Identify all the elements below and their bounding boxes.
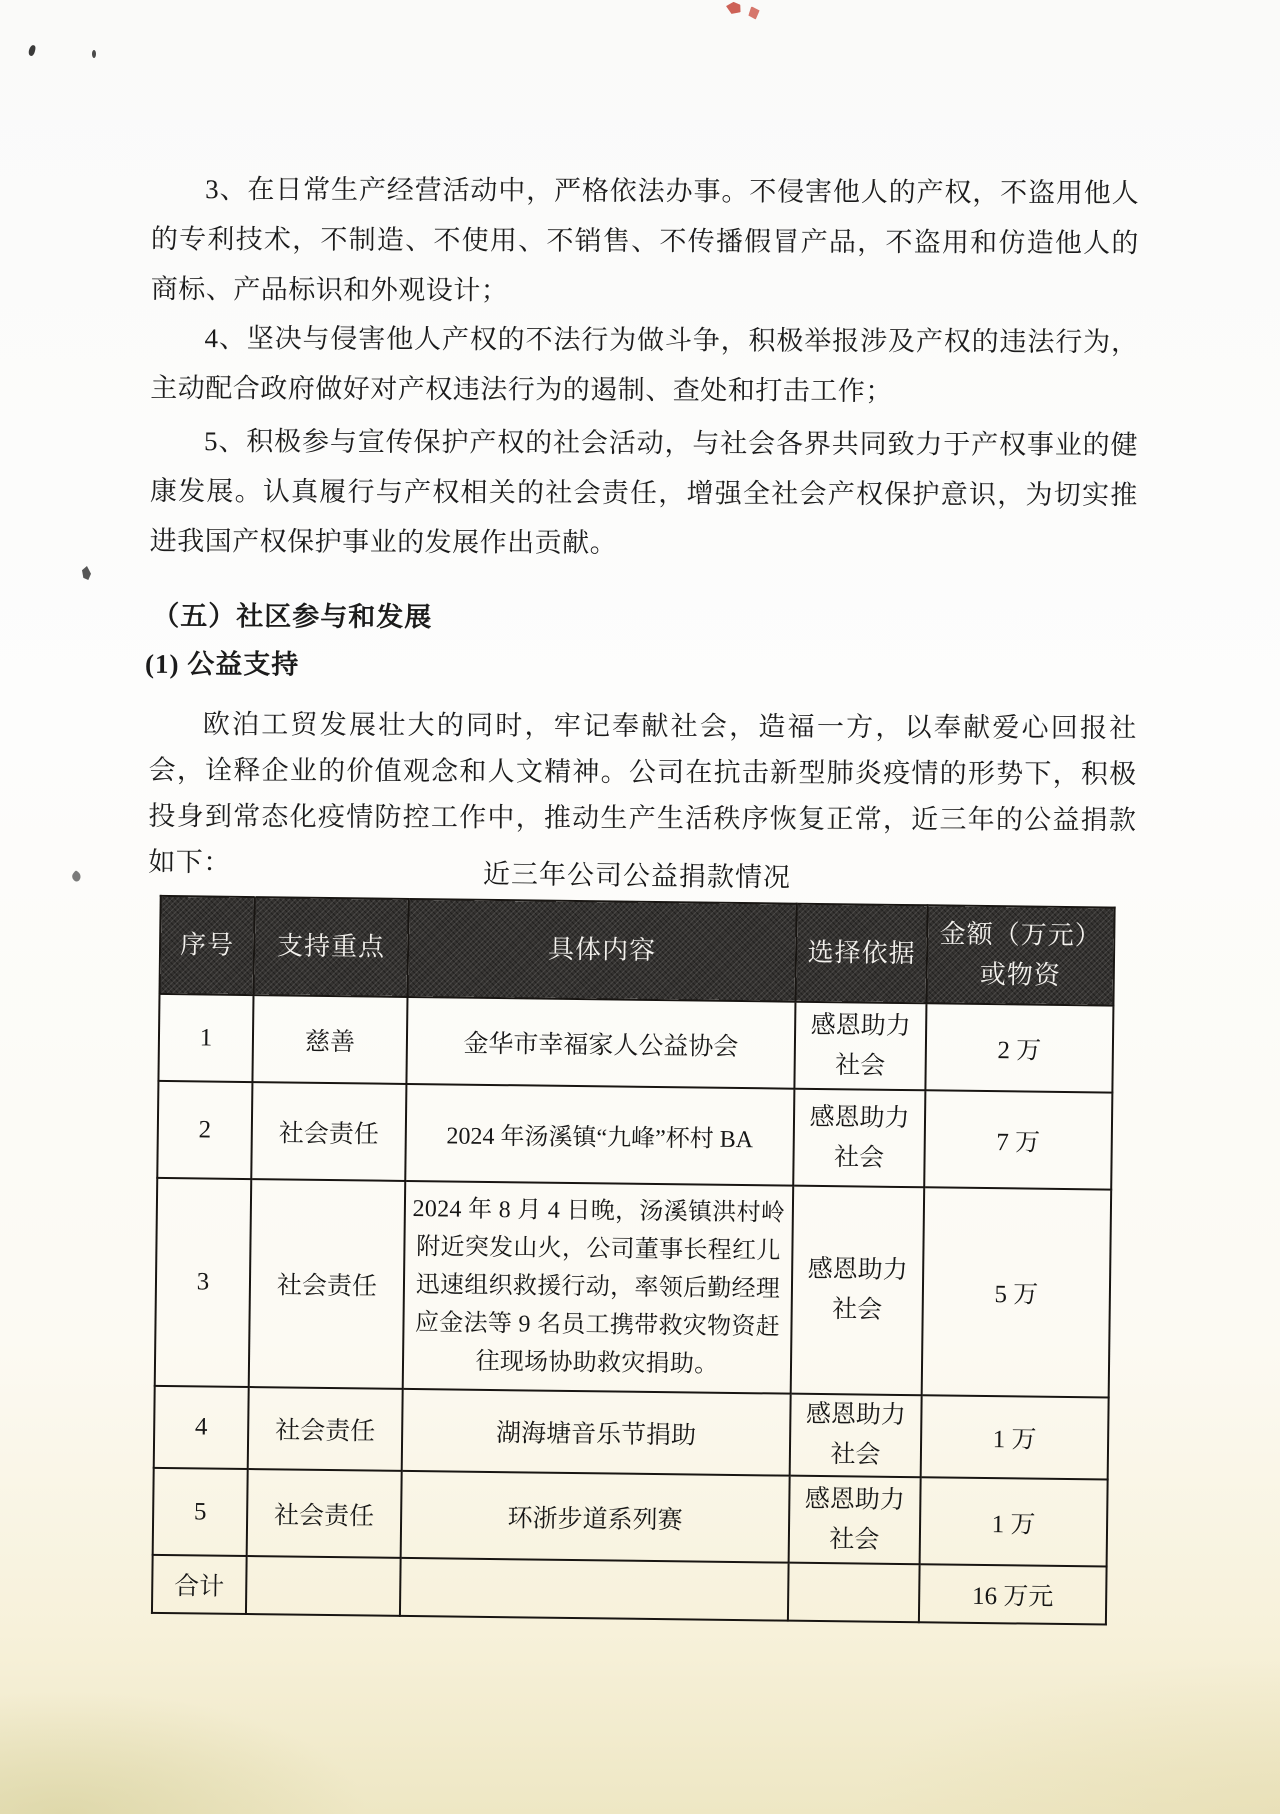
cell-empty bbox=[788, 1563, 920, 1623]
cell-detail: 2024 年 8 月 4 日晚，汤溪镇洪村岭附近突发山火，公司董事长程红儿迅速组… bbox=[403, 1181, 794, 1394]
header-amount: 金额（万元）或物资 bbox=[926, 905, 1114, 1005]
cell-detail: 湖海塘音乐节捐助 bbox=[402, 1389, 791, 1476]
paragraph-5: 5、积极参与宣传保护产权的社会活动，与社会各界共同致力于产权事业的健康发展。认真… bbox=[150, 416, 1139, 570]
cell-focus: 社会责任 bbox=[251, 1082, 406, 1181]
cell-focus: 社会责任 bbox=[248, 1387, 403, 1471]
cell-total-amount: 16 万元 bbox=[919, 1564, 1107, 1624]
table-row: 5 社会责任 环浙步道系列赛 感恩助力社会 1 万 bbox=[153, 1468, 1108, 1567]
cell-focus: 慈善 bbox=[252, 995, 407, 1084]
cell-total-label: 合计 bbox=[152, 1555, 247, 1614]
cell-amount: 2 万 bbox=[925, 1003, 1113, 1092]
paragraph-4: 4、坚决与侵害他人产权的不法行为做斗争，积极举报涉及产权的违法行为，主动配合政府… bbox=[150, 313, 1138, 417]
cell-seq: 1 bbox=[158, 994, 253, 1082]
cell-focus: 社会责任 bbox=[249, 1179, 406, 1389]
cell-amount: 1 万 bbox=[920, 1477, 1108, 1566]
header-seq: 序号 bbox=[160, 896, 255, 995]
cell-basis: 感恩助力社会 bbox=[790, 1394, 922, 1478]
header-detail: 具体内容 bbox=[407, 899, 796, 1002]
table-header-row: 序号 支持重点 具体内容 选择依据 金额（万元）或物资 bbox=[160, 896, 1115, 1006]
donation-table-zone: 近三年公司公益捐款情况 序号 支持重点 具体内容 选择依据 金额（万元）或物资 … bbox=[151, 848, 1114, 1626]
cell-seq: 2 bbox=[157, 1081, 252, 1179]
header-focus: 支持重点 bbox=[254, 897, 409, 997]
cell-amount: 1 万 bbox=[921, 1395, 1109, 1479]
sub-heading: (1) 公益支持 bbox=[145, 642, 299, 682]
cell-empty bbox=[246, 1556, 401, 1616]
cell-amount: 5 万 bbox=[922, 1187, 1112, 1397]
donation-table: 序号 支持重点 具体内容 选择依据 金额（万元）或物资 1 慈善 金华市幸福家人… bbox=[151, 895, 1116, 1626]
document-content: 3、在日常生产经营活动中，严格依法办事。不侵害他人的产权，不盗用他人的专利技术，… bbox=[0, 0, 1280, 1814]
cell-seq: 3 bbox=[155, 1178, 252, 1387]
table-total-row: 合计 16 万元 bbox=[152, 1555, 1107, 1625]
cell-basis: 感恩助力社会 bbox=[793, 1089, 925, 1188]
cell-detail: 环浙步道系列赛 bbox=[401, 1471, 790, 1563]
table-row: 4 社会责任 湖海塘音乐节捐助 感恩助力社会 1 万 bbox=[154, 1386, 1109, 1480]
table-row: 2 社会责任 2024 年汤溪镇“九峰”杯村 BA 感恩助力社会 7 万 bbox=[157, 1081, 1112, 1190]
header-basis: 选择依据 bbox=[795, 904, 927, 1004]
scanned-document-page: { "document": { "paragraphs": [ "3、在日常生产… bbox=[0, 0, 1280, 1814]
section-heading: （五）社区参与和发展 bbox=[152, 594, 432, 634]
cell-basis: 感恩助力社会 bbox=[789, 1476, 921, 1565]
cell-amount: 7 万 bbox=[924, 1090, 1112, 1189]
cell-basis: 感恩助力社会 bbox=[794, 1002, 926, 1091]
cell-focus: 社会责任 bbox=[247, 1469, 402, 1558]
table-row: 3 社会责任 2024 年 8 月 4 日晚，汤溪镇洪村岭附近突发山火，公司董事… bbox=[155, 1178, 1111, 1398]
cell-detail: 2024 年汤溪镇“九峰”杯村 BA bbox=[405, 1084, 794, 1186]
table-row: 1 慈善 金华市幸福家人公益协会 感恩助力社会 2 万 bbox=[158, 994, 1113, 1093]
cell-seq: 4 bbox=[154, 1386, 249, 1469]
cell-empty bbox=[400, 1558, 789, 1621]
cell-basis: 感恩助力社会 bbox=[791, 1186, 925, 1396]
cell-seq: 5 bbox=[153, 1468, 248, 1556]
paragraph-3: 3、在日常生产经营活动中，严格依法办事。不侵害他人的产权，不盗用他人的专利技术，… bbox=[151, 164, 1140, 318]
cell-detail: 金华市幸福家人公益协会 bbox=[406, 997, 795, 1089]
